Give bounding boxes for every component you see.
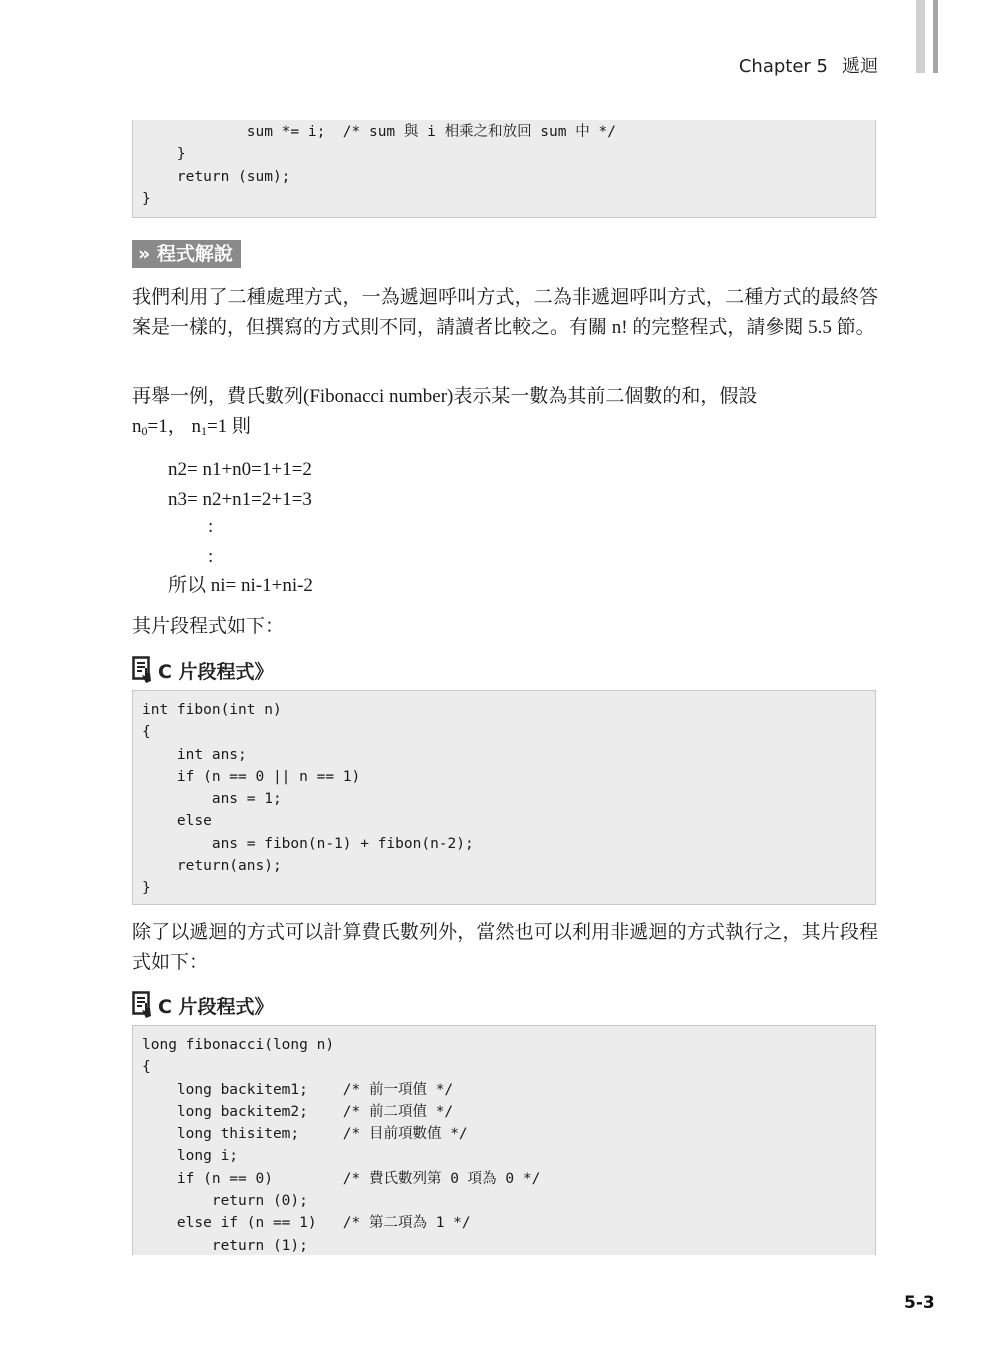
paragraph-fibonacci-intro: 再舉一例，費氏數列(Fibonacci number)表示某一數為其前二個數的和… xyxy=(132,382,878,446)
chapter-number: Chapter 5 xyxy=(739,56,828,77)
code-line: return (sum); xyxy=(142,166,875,188)
chapter-title: 遞迴 xyxy=(842,56,878,77)
code-line: else xyxy=(142,810,875,832)
paragraph-snippet-intro: 其片段程式如下： xyxy=(132,612,878,642)
code-line: } xyxy=(142,188,875,210)
code-line: } xyxy=(142,143,875,165)
snippet-heading-label: C 片段程式》 xyxy=(158,992,274,1019)
code-line: int ans; xyxy=(142,744,875,766)
snippet-heading-label: C 片段程式》 xyxy=(158,657,274,684)
formula-general: 所以 ni= ni-1+ni-2 xyxy=(168,571,313,601)
formula-ellipsis: : xyxy=(208,512,213,542)
code-line: return (1); xyxy=(142,1235,875,1257)
code-document-icon xyxy=(132,991,154,1019)
paragraph-text: 再舉一例，費氏數列(Fibonacci number)表示某一數為其前二個數的和… xyxy=(132,386,757,407)
code-line: return (0); xyxy=(142,1190,875,1212)
paragraph-explanation: 我們利用了二種處理方式，一為遞迴呼叫方式，二為非遞迴呼叫方式，二種方式的最終答案… xyxy=(132,283,878,343)
code-line: long fibonacci(long n) xyxy=(142,1034,875,1056)
section-heading-badge: » 程式解說 xyxy=(132,240,241,268)
formula-line: n3= n2+n1=2+1=3 xyxy=(168,485,312,515)
code-line: long thisitem; /* 目前項數值 */ xyxy=(142,1123,875,1145)
code-line: } xyxy=(142,877,875,899)
value-text: =1， xyxy=(148,416,187,437)
code-block-fibonacci: long fibonacci(long n) { long backitem1;… xyxy=(132,1025,876,1255)
code-line: { xyxy=(142,1056,875,1078)
snippet-heading: C 片段程式》 xyxy=(132,655,274,685)
header-decor-bar-dark xyxy=(933,0,938,73)
code-line: long i; xyxy=(142,1145,875,1167)
code-line: { xyxy=(142,721,875,743)
formula-line: n2= n1+n0=1+1=2 xyxy=(168,455,312,485)
code-line: sum *= i; /* sum 與 i 相乘之和放回 sum 中 */ xyxy=(142,121,875,143)
paragraph-nonrecursive-intro: 除了以遞迴的方式可以計算費氏數列外，當然也可以利用非遞迴的方式執行之，其片段程式… xyxy=(132,918,878,978)
header-decor-bar-light xyxy=(916,0,925,73)
formula-ellipsis: : xyxy=(208,542,213,572)
code-line: return(ans); xyxy=(142,855,875,877)
code-line: int fibon(int n) xyxy=(142,699,875,721)
code-line: if (n == 0) /* 費氏數列第 0 項為 0 */ xyxy=(142,1168,875,1190)
code-line: long backitem1; /* 前一項值 */ xyxy=(142,1079,875,1101)
code-document-icon xyxy=(132,656,154,684)
code-block-fibon: int fibon(int n) { int ans; if (n == 0 |… xyxy=(132,690,876,905)
page-number: 5-3 xyxy=(904,1293,935,1313)
var-n: n xyxy=(132,416,142,437)
running-header: Chapter 5遞迴 xyxy=(739,52,878,78)
var-n: n xyxy=(191,416,201,437)
code-block-continued: sum *= i; /* sum 與 i 相乘之和放回 sum 中 */ } r… xyxy=(132,120,876,218)
double-chevron-icon: » xyxy=(138,243,150,265)
snippet-heading: C 片段程式》 xyxy=(132,990,274,1020)
section-heading-label: 程式解說 xyxy=(157,243,233,265)
code-line: ans = fibon(n-1) + fibon(n-2); xyxy=(142,833,875,855)
code-line: ans = 1; xyxy=(142,788,875,810)
code-line: else if (n == 1) /* 第二項為 1 */ xyxy=(142,1212,875,1234)
code-line: if (n == 0 || n == 1) xyxy=(142,766,875,788)
code-line: long backitem2; /* 前二項值 */ xyxy=(142,1101,875,1123)
value-text: =1 則 xyxy=(207,416,251,437)
